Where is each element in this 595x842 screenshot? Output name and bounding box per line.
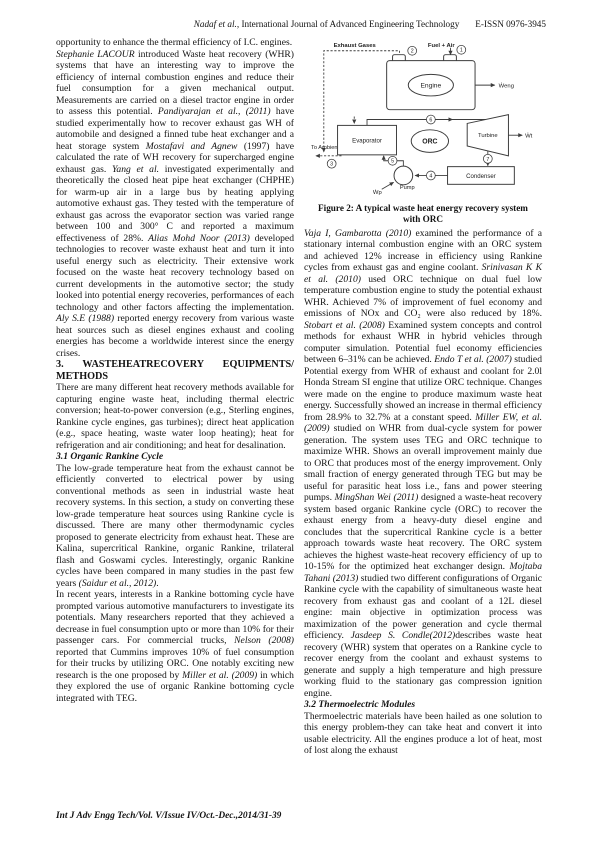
figure-caption-line1: Figure 2: A typical waste heat energy re… [304, 203, 542, 214]
w-p-label: Ẇp [373, 189, 383, 196]
state-node-4: 4 [426, 171, 435, 180]
evaporator-to-turbine-line [367, 120, 452, 126]
engine-label: Engine [420, 83, 441, 90]
page-header: Nadaf et al., International Journal of A… [56, 19, 546, 29]
two-column-body: opportunity to enhance the thermal effic… [56, 37, 542, 757]
turbine-label: Turbine [478, 133, 498, 139]
text-run: investigated experimentally and theoreti… [56, 164, 294, 244]
paragraph: Thermoelectric materials have been haile… [304, 711, 542, 757]
text-run: Jasdeep S. Condle(2012) [351, 630, 456, 641]
section-heading: 3. WASTEHEATRECOVERY EQUIPMENTS/ METHODS [56, 359, 294, 382]
text-run: MingShan Wei (2011) [335, 492, 419, 503]
text-run: Thermoelectric materials have been haile… [304, 711, 542, 757]
right-column: Exhaust Gases To Ambient Fuel + Air Engi… [304, 37, 542, 757]
svg-text:5: 5 [391, 159, 394, 165]
text-run: (Saidur et al., 2012) [79, 578, 157, 589]
figure-caption: Figure 2: A typical waste heat energy re… [304, 203, 542, 225]
text-run: Nelson (2008) [234, 635, 294, 646]
figure-caption-line2: with ORC [304, 214, 542, 225]
orc-figure-diagram: Exhaust Gases To Ambient Fuel + Air Engi… [310, 37, 536, 202]
footer-citation: Int J Adv Engg Tech/Vol. V/Issue IV/Oct.… [56, 811, 281, 821]
text-run: There are many different heat recovery m… [56, 382, 294, 451]
paper-page: Nadaf et al., International Journal of A… [0, 0, 595, 842]
subsection-heading: 3.2 Thermoelectric Modules [304, 699, 542, 711]
state-node-5: 5 [388, 156, 397, 165]
condenser-label: Condenser [466, 173, 496, 180]
pump-label: Pump [400, 185, 415, 191]
text-run: 3.1 Organic Rankine Cycle [56, 451, 163, 462]
header-issn: E-ISSN 0976-3945 [475, 19, 546, 29]
paragraph: opportunity to enhance the thermal effic… [56, 37, 294, 49]
svg-text:4: 4 [429, 173, 432, 179]
paragraph: Vaja I, Gambarotta (2010) examined the p… [304, 228, 542, 700]
text-run: 3.2 Thermoelectric Modules [304, 699, 415, 710]
text-run: designed a waste-heat recovery system ba… [304, 492, 542, 572]
paragraph: Stephanie LACOUR introduced Waste heat r… [56, 49, 294, 360]
state-node-1: 1 [457, 45, 466, 54]
text-run: . [156, 578, 158, 589]
to-ambient-label: To Ambient [311, 145, 340, 151]
text-run: Stobart et al. (2008) [304, 320, 385, 331]
state-node-2: 2 [408, 46, 417, 55]
svg-text:6: 6 [429, 117, 432, 123]
fuel-air-label: Fuel + Air [428, 43, 455, 49]
text-run: The low-grade temperature heat from the … [56, 463, 294, 589]
orc-label: ORC [422, 139, 437, 146]
text-run: developed technologies to recover waste … [56, 233, 294, 313]
header-authors: Nadaf et al., [194, 19, 239, 29]
svg-text:1: 1 [460, 48, 463, 54]
text-run: Aly S.E (1988) [56, 313, 114, 324]
text-run: Endo T et al. (2007) [434, 354, 512, 365]
text-run: Alias Mohd Noor (2013) [148, 233, 250, 244]
state-node-6: 6 [426, 115, 435, 124]
text-run: studied on WHR from dual-cycle system fo… [304, 423, 542, 503]
paragraph: There are many different heat recovery m… [56, 382, 294, 451]
subsection-heading: 3.1 Organic Rankine Cycle [56, 451, 294, 463]
state-node-7: 7 [483, 154, 492, 163]
paragraph: The low-grade temperature heat from the … [56, 463, 294, 590]
text-run: Yang et al. [112, 164, 159, 175]
text-run: Stephanie LACOUR [56, 49, 135, 60]
paragraph: In recent years, interests in a Rankine … [56, 589, 294, 704]
text-run: Vaja I, Gambarotta (2010) [304, 228, 411, 239]
w-p-arrow [382, 182, 394, 189]
header-journal-title: International Journal of Advanced Engine… [239, 19, 459, 29]
svg-text:3: 3 [330, 162, 333, 168]
exhaust-gases-label: Exhaust Gases [334, 43, 377, 49]
text-run: Mostafavi and Agnew [146, 141, 238, 152]
evaporator-label: Evaporator [352, 138, 382, 145]
svg-text:2: 2 [411, 49, 414, 55]
left-column: opportunity to enhance the thermal effic… [56, 37, 294, 757]
svg-text:7: 7 [486, 157, 489, 163]
pump-circle [394, 166, 413, 185]
figure-2: Exhaust Gases To Ambient Fuel + Air Engi… [304, 37, 542, 225]
text-run: Miller et al. (2009) [182, 670, 257, 681]
text-run: opportunity to enhance the thermal effic… [56, 37, 292, 48]
w-t-label: Ẇt [525, 133, 533, 140]
text-run: 3. WASTEHEATRECOVERY EQUIPMENTS/ METHODS [56, 359, 294, 382]
text-run: Pandiyarajan et al., (2011) [158, 106, 271, 117]
state-node-3: 3 [327, 159, 336, 168]
w-eng-label: Ẇeng [499, 83, 514, 90]
right-column-text: Vaja I, Gambarotta (2010) examined the p… [304, 228, 542, 757]
